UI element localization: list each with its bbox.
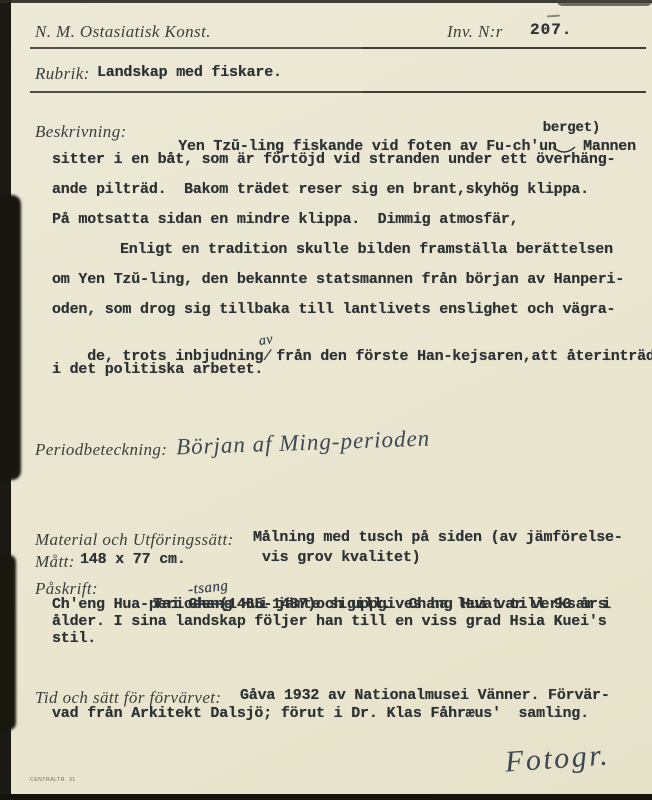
matt-label: Mått:	[35, 552, 75, 572]
matt-value: 148 x 77 cm.	[80, 551, 186, 568]
paskrift-line-2: Ch'eng Hua-perioden(1465-1487)och uppgiv…	[52, 596, 607, 613]
paskrift-line-3: ålder. I sina landskap följer han till e…	[52, 613, 607, 630]
beskrivning-line-5: Enligt en tradition skulle bilden framst…	[120, 241, 613, 258]
scan-edge-bottom	[0, 794, 652, 800]
catalog-card: N. M. Ostasiatisk Konst. Inv. N:r 207. R…	[0, 0, 652, 800]
handwritten-photo-note: Fotogr.	[504, 738, 611, 779]
scan-edge-left-shadow	[0, 555, 16, 730]
beskrivning-label: Beskrivning:	[35, 122, 127, 142]
inventory-label: Inv. N:r	[447, 22, 503, 42]
forvarv-line-1: Gåva 1932 av Nationalmusei Vänner. Förvä…	[240, 687, 610, 704]
material-line-1: Målning med tusch på siden (av jämförels…	[253, 529, 623, 546]
divider-rule	[30, 91, 646, 93]
beskrivning-line-9: i det politiska arbetet.	[52, 361, 263, 378]
divider-rule	[30, 47, 646, 49]
material-line-2: vis grov kvalitet)	[262, 549, 420, 566]
beskrivning-line-4: På motsatta sidan en mindre klippa. Dimm…	[52, 211, 518, 228]
scan-edge-top	[0, 0, 652, 3]
typed-insertion-berget: berget)	[543, 120, 600, 136]
beskrivning-line-6: om Yen Tzŭ-ling, den bekannte statsmanne…	[52, 271, 624, 288]
beskrivning-line-2: sitter i en båt, som är förtöjd vid stra…	[52, 151, 615, 168]
period-label: Periodbeteckning:	[35, 440, 167, 460]
scan-edge-left-shadow	[0, 195, 21, 480]
beskrivning-line8-post: från den förste Han-kejsaren,att återint…	[276, 348, 652, 365]
pencil-mark	[547, 15, 560, 18]
material-label: Material och Utföringssätt:	[35, 530, 234, 550]
scan-edge-top-right	[557, 0, 652, 6]
forvarv-line-2: vad från Arkitekt Dalsjö; förut i Dr. Kl…	[52, 705, 589, 722]
org-title: N. M. Ostasiatisk Konst.	[35, 22, 211, 42]
paskrift-line-4: stil.	[52, 630, 96, 647]
rubrik-value: Landskap med fiskare.	[97, 64, 282, 81]
insertion-slash: /	[262, 348, 273, 366]
beskrivning-line-3: ande pilträd. Bakom trädet reser sig en …	[52, 181, 589, 198]
beskrivning-line-7: oden, som drog sig tillbaka till lantliv…	[52, 301, 615, 318]
handwritten-period-value: Början af Ming-perioden	[176, 426, 431, 461]
printer-mark: CENTRALTR. 31	[30, 777, 76, 783]
inventory-number: 207.	[530, 21, 572, 39]
insertion-anchor: av/	[263, 348, 276, 365]
rubrik-label: Rubrik:	[35, 64, 90, 84]
